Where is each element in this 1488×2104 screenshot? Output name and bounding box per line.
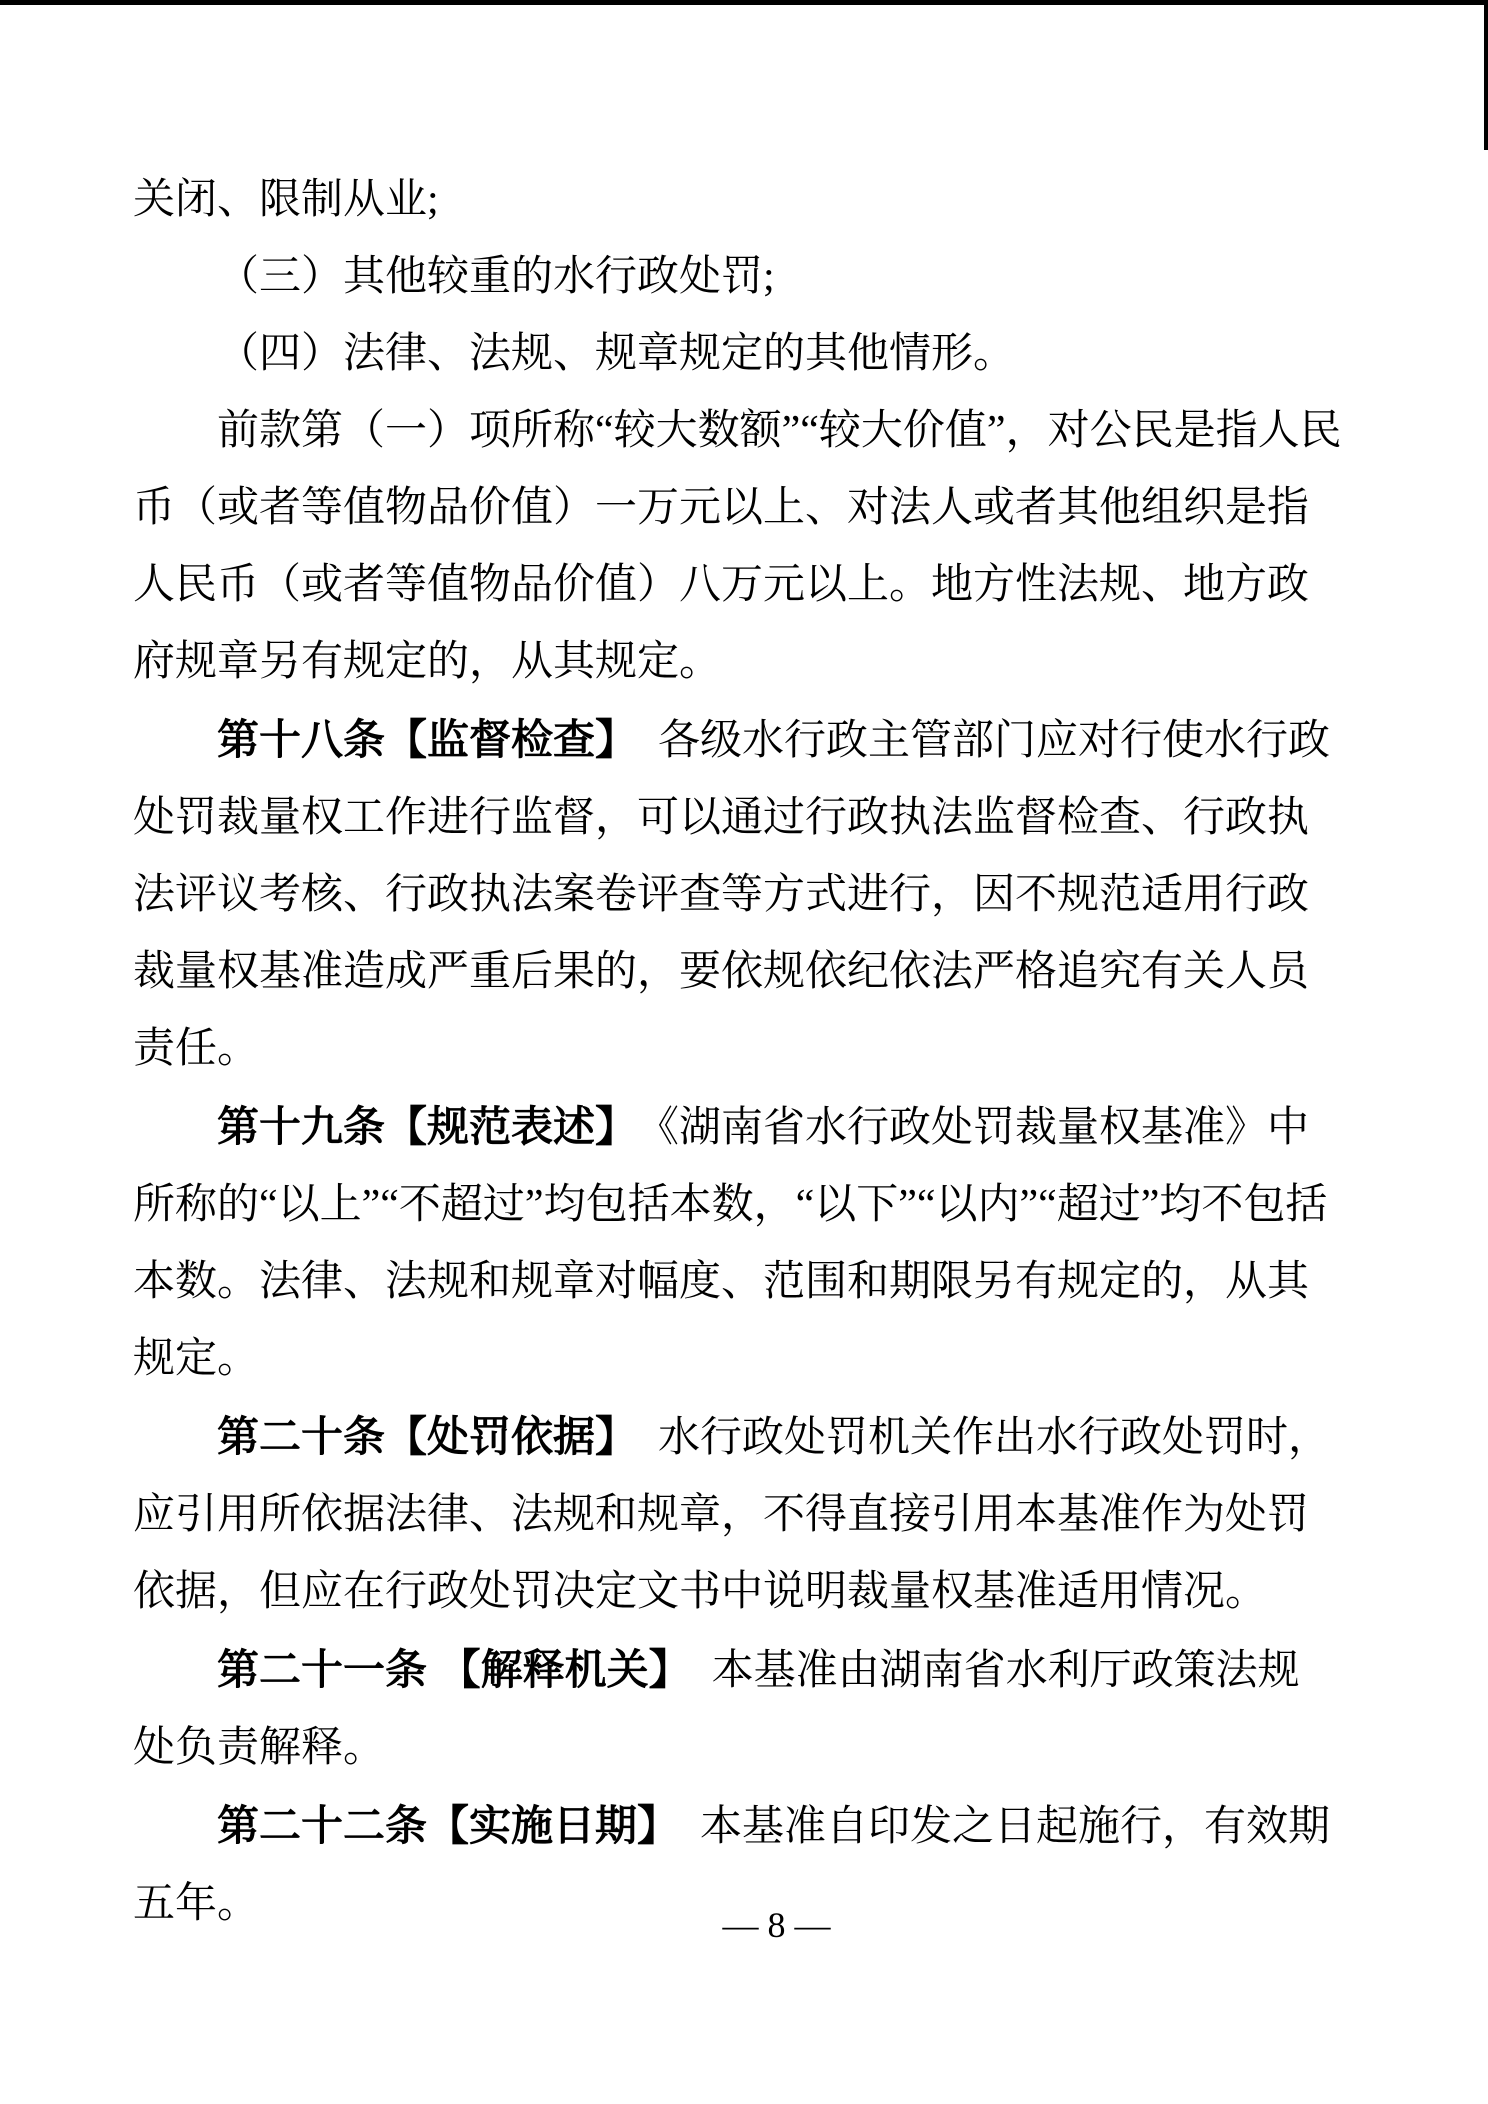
doc-line: 法评议考核、行政执法案卷评查等方式进行，因不规范适用行政 [133, 857, 1310, 934]
doc-line: 关闭、限制从业; [133, 162, 1310, 239]
doc-line: 第十九条【规范表述】 《湖南省水行政处罚裁量权基准》中 [133, 1088, 1310, 1167]
line-text: 规定。 [133, 1336, 259, 1382]
line-text: 水行政处罚机关作出水行政处罚时， [616, 1415, 1330, 1461]
doc-line: （四）法律、法规、规章规定的其他情形。 [133, 316, 1310, 393]
article-heading: 第二十条【处罚依据】 [217, 1413, 616, 1460]
article-heading: 第十九条【规范表述】 [217, 1103, 616, 1150]
scan-artifact-top-edge [0, 0, 1488, 5]
doc-line: 前款第（一）项所称“较大数额”“较大价值”，对公民是指人民 [133, 393, 1310, 470]
article-heading: 第二十二条【实施日期】 [217, 1802, 658, 1849]
line-text: 所称的“以上”“不超过”均包括本数，“以下”“以内”“超过”均不包括 [133, 1182, 1327, 1228]
document-body: 关闭、限制从业; （三）其他较重的水行政处罚; （四）法律、法规、规章规定的其他… [133, 162, 1310, 1947]
doc-line: 依据，但应在行政处罚决定文书中说明裁量权基准适用情况。 [133, 1554, 1310, 1631]
line-text: 处负责解释。 [133, 1725, 385, 1771]
line-text: 处罚裁量权工作进行监督，可以通过行政执法监督检查、行政执 [133, 795, 1309, 841]
doc-line: 所称的“以上”“不超过”均包括本数，“以下”“以内”“超过”均不包括 [133, 1167, 1310, 1244]
doc-line: 府规章另有规定的，从其规定。 [133, 624, 1310, 701]
line-text: 币（或者等值物品价值）一万元以上、对法人或者其他组织是指 [133, 485, 1309, 531]
doc-line: 应引用所依据法律、法规和规章，不得直接引用本基准作为处罚 [133, 1477, 1310, 1554]
line-text: 应引用所依据法律、法规和规章，不得直接引用本基准作为处罚 [133, 1492, 1309, 1538]
doc-line: 人民币（或者等值物品价值）八万元以上。地方性法规、地方政 [133, 547, 1310, 624]
line-text: 关闭、限制从业; [133, 177, 439, 223]
line-text: 责任。 [133, 1026, 259, 1072]
line-text: 依据，但应在行政处罚决定文书中说明裁量权基准适用情况。 [133, 1569, 1267, 1615]
line-text: 本基准由湖南省水利厅政策法规 [670, 1648, 1300, 1694]
doc-line: 第二十一条 【解释机关】 本基准由湖南省水利厅政策法规 [133, 1631, 1310, 1710]
article-heading: 第十八条【监督检查】 [217, 716, 616, 763]
doc-line: 第二十二条【实施日期】 本基准自印发之日起施行，有效期 [133, 1787, 1310, 1866]
line-text: 本数。法律、法规和规章对幅度、范围和期限另有规定的，从其 [133, 1259, 1309, 1305]
doc-line: 第十八条【监督检查】 各级水行政主管部门应对行使水行政 [133, 701, 1310, 780]
doc-line: 币（或者等值物品价值）一万元以上、对法人或者其他组织是指 [133, 470, 1310, 547]
line-text: （三）其他较重的水行政处罚; [217, 254, 775, 300]
doc-line: 本数。法律、法规和规章对幅度、范围和期限另有规定的，从其 [133, 1244, 1310, 1321]
doc-line: 第二十条【处罚依据】 水行政处罚机关作出水行政处罚时， [133, 1398, 1310, 1477]
article-heading: 第二十一条 【解释机关】 [217, 1646, 670, 1693]
doc-line: 规定。 [133, 1321, 1310, 1398]
document-page: 关闭、限制从业; （三）其他较重的水行政处罚; （四）法律、法规、规章规定的其他… [0, 0, 1488, 2104]
scan-artifact-right-edge [1484, 0, 1488, 150]
line-text: 《湖南省水行政处罚裁量权基准》中 [616, 1105, 1309, 1151]
doc-line: 责任。 [133, 1011, 1310, 1088]
line-text: 法评议考核、行政执法案卷评查等方式进行，因不规范适用行政 [133, 872, 1309, 918]
line-text: 人民币（或者等值物品价值）八万元以上。地方性法规、地方政 [133, 562, 1309, 608]
doc-line: （三）其他较重的水行政处罚; [133, 239, 1310, 316]
page-number: — 8 — [188, 1903, 1365, 1947]
line-text: 前款第（一）项所称“较大数额”“较大价值”，对公民是指人民 [217, 408, 1342, 454]
line-text: （四）法律、法规、规章规定的其他情形。 [217, 331, 1015, 377]
line-text: 本基准自印发之日起施行，有效期 [658, 1804, 1330, 1850]
doc-line: 处负责解释。 [133, 1710, 1310, 1787]
line-text: 各级水行政主管部门应对行使水行政 [616, 718, 1330, 764]
line-text: 府规章另有规定的，从其规定。 [133, 639, 721, 685]
doc-line: 处罚裁量权工作进行监督，可以通过行政执法监督检查、行政执 [133, 780, 1310, 857]
line-text: 裁量权基准造成严重后果的，要依规依纪依法严格追究有关人员 [133, 949, 1309, 995]
doc-line: 裁量权基准造成严重后果的，要依规依纪依法严格追究有关人员 [133, 934, 1310, 1011]
